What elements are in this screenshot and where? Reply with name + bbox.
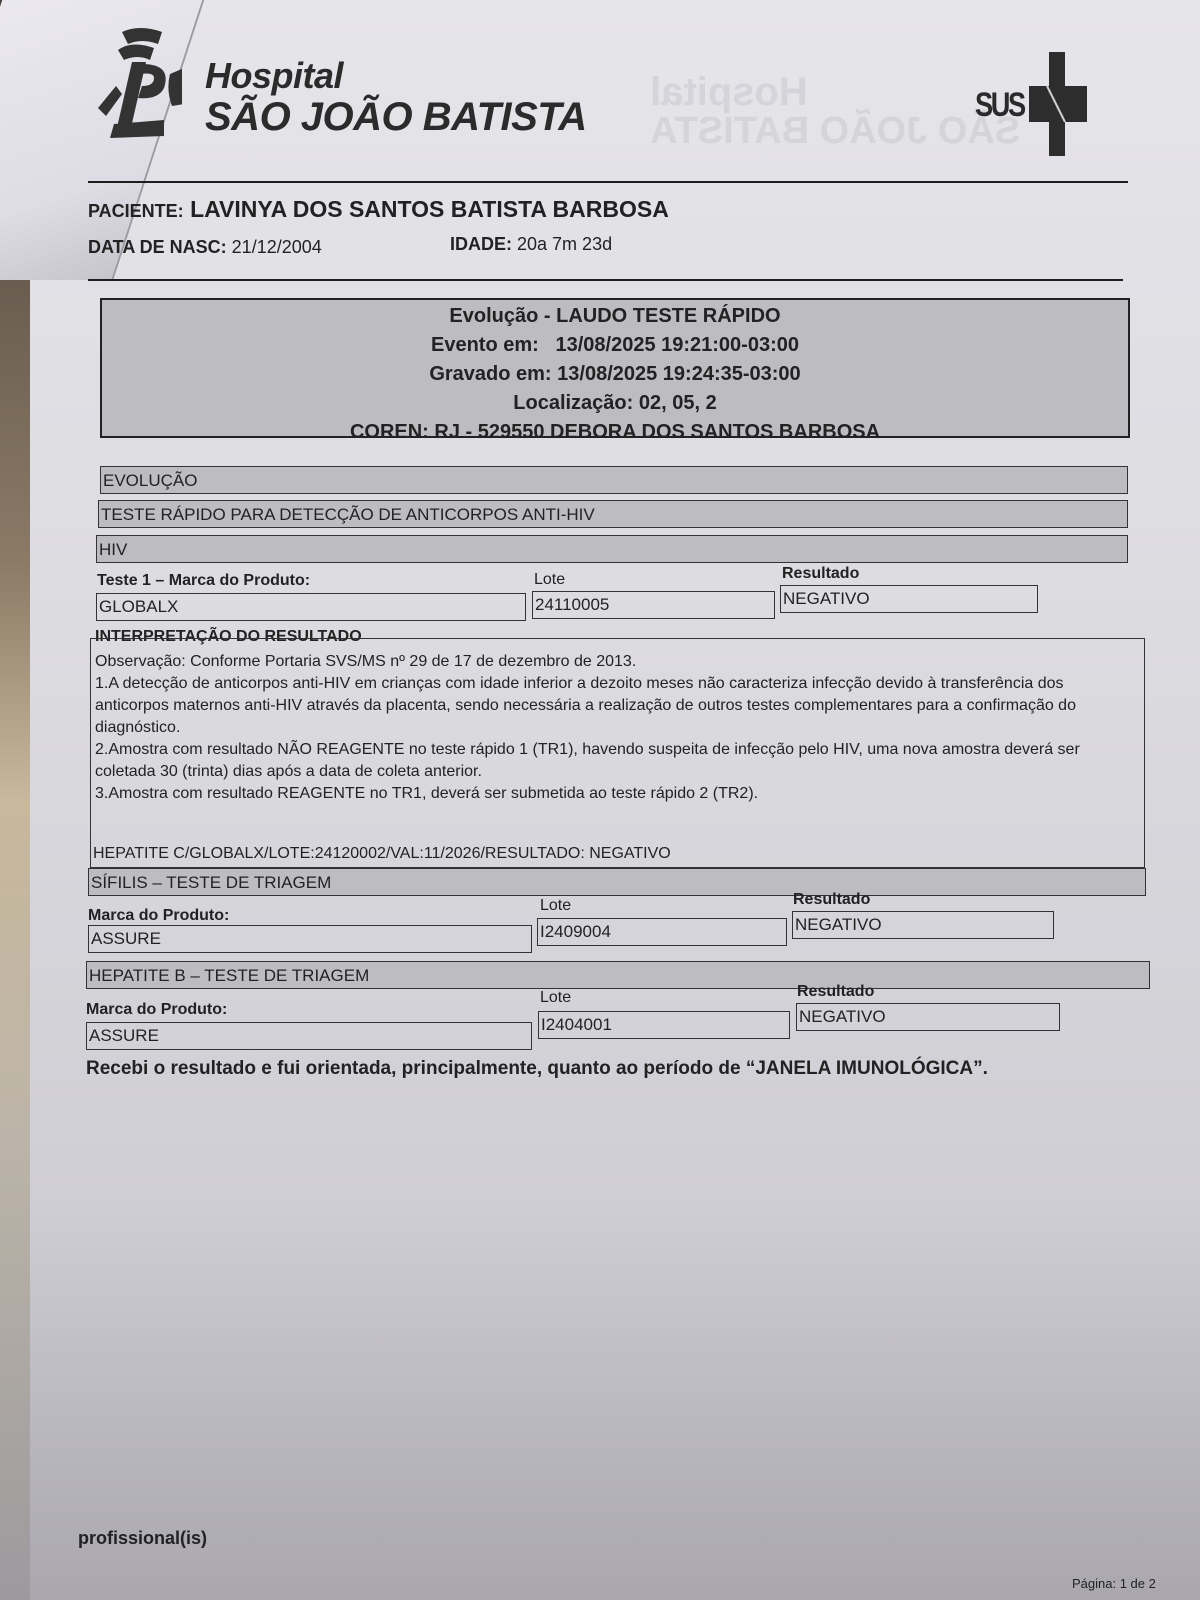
section-evolucao: EVOLUÇÃO <box>100 466 1128 494</box>
interpretation-box: Observação: Conforme Portaria SVS/MS nº … <box>90 638 1145 868</box>
interpretation-item-2: 2.Amostra com resultado NÃO REAGENTE no … <box>95 739 1140 783</box>
coren-row: COREN: RJ - 529550 DEBORA DOS SANTOS BAR… <box>102 418 1128 447</box>
report-title: Evolução - LAUDO TESTE RÁPIDO <box>102 302 1128 331</box>
patient-name-row: PACIENTE: LAVINYA DOS SANTOS BATISTA BAR… <box>88 196 669 223</box>
hiv-lot-value: 24110005 <box>532 591 775 619</box>
section-hiv-test-title: TESTE RÁPIDO PARA DETECÇÃO DE ANTICORPOS… <box>98 500 1128 528</box>
age-label: IDADE: <box>450 234 512 254</box>
hepatitis-b-brand-label: Marca do Produto: <box>86 1001 227 1019</box>
event-row: Evento em: 13/08/2025 19:21:00-03:00 <box>102 331 1128 360</box>
recorded-label: Gravado em: <box>429 363 551 385</box>
interpretation-item-3: 3.Amostra com resultado REAGENTE no TR1,… <box>95 783 1140 805</box>
event-value: 13/08/2025 19:21:00-03:00 <box>555 334 799 356</box>
sus-label: SUS <box>975 86 1024 125</box>
patient-name: LAVINYA DOS SANTOS BATISTA BARBOSA <box>190 196 669 222</box>
hepatitis-c-result: HEPATITE C/GLOBALX/LOTE:24120002/VAL:11/… <box>93 843 671 865</box>
professionals-label: profissional(is) <box>78 1528 207 1549</box>
syphilis-brand-label: Marca do Produto: <box>88 907 229 925</box>
hepatitis-b-result-value: NEGATIVO <box>796 1003 1060 1031</box>
birth-date-row: DATA DE NASC: 21/12/2004 <box>88 237 322 258</box>
page-number: Página: 1 de 2 <box>1072 1576 1156 1591</box>
location-value: 02, 05, 2 <box>639 392 717 414</box>
hepatitis-b-brand-value: ASSURE <box>86 1022 532 1050</box>
show-through-text: SÃO JOÃO BATISTA <box>650 110 1020 153</box>
report-header-box: Evolução - LAUDO TESTE RÁPIDO Evento em:… <box>100 298 1130 438</box>
acknowledgement-text: Recebi o resultado e fui orientada, prin… <box>86 1058 988 1080</box>
section-syphilis: SÍFILIS – TESTE DE TRIAGEM <box>88 868 1146 896</box>
section-hiv: HIV <box>96 535 1128 563</box>
sus-logo: SUS <box>975 50 1095 160</box>
patient-label: PACIENTE: <box>88 201 184 221</box>
hiv-result-label: Resultado <box>782 565 859 583</box>
hospital-word: Hospital <box>205 55 343 97</box>
divider <box>88 279 1123 281</box>
recorded-row: Gravado em: 13/08/2025 19:24:35-03:00 <box>102 360 1128 389</box>
hospital-name: SÃO JOÃO BATISTA <box>205 95 587 140</box>
location-label: Localização: <box>513 392 633 414</box>
hiv-brand-label: Teste 1 – Marca do Produto: <box>97 572 310 590</box>
age-value: 20a 7m 23d <box>517 234 612 254</box>
divider <box>88 181 1128 183</box>
dob-label: DATA DE NASC: <box>88 237 227 257</box>
hiv-lot-label: Lote <box>534 571 565 589</box>
hepatitis-b-lot-label: Lote <box>540 989 571 1007</box>
hiv-brand-value: GLOBALX <box>96 593 526 621</box>
hepatitis-b-lot-value: I2404001 <box>538 1011 790 1039</box>
event-label: Evento em: <box>431 334 539 356</box>
hospital-logo-icon <box>92 24 182 144</box>
section-hepatitis-b: HEPATITE B – TESTE DE TRIAGEM <box>86 961 1150 989</box>
syphilis-lot-value: I2409004 <box>537 918 787 946</box>
hiv-result-value: NEGATIVO <box>780 585 1038 613</box>
dob-value: 21/12/2004 <box>232 237 322 257</box>
show-through-text: Hospital <box>650 70 808 115</box>
location-row: Localização: 02, 05, 2 <box>102 389 1128 418</box>
sus-cross-icon <box>1025 50 1090 160</box>
hepatitis-b-result-label: Resultado <box>797 983 874 1001</box>
interpretation-observation: Observação: Conforme Portaria SVS/MS nº … <box>95 651 1140 673</box>
syphilis-result-value: NEGATIVO <box>792 911 1054 939</box>
syphilis-brand-value: ASSURE <box>88 925 532 953</box>
age-row: IDADE: 20a 7m 23d <box>450 234 612 255</box>
syphilis-result-label: Resultado <box>793 891 870 909</box>
interpretation-item-1: 1.A detecção de anticorpos anti-HIV em c… <box>95 673 1140 739</box>
syphilis-lot-label: Lote <box>540 897 571 915</box>
recorded-value: 13/08/2025 19:24:35-03:00 <box>557 363 801 385</box>
